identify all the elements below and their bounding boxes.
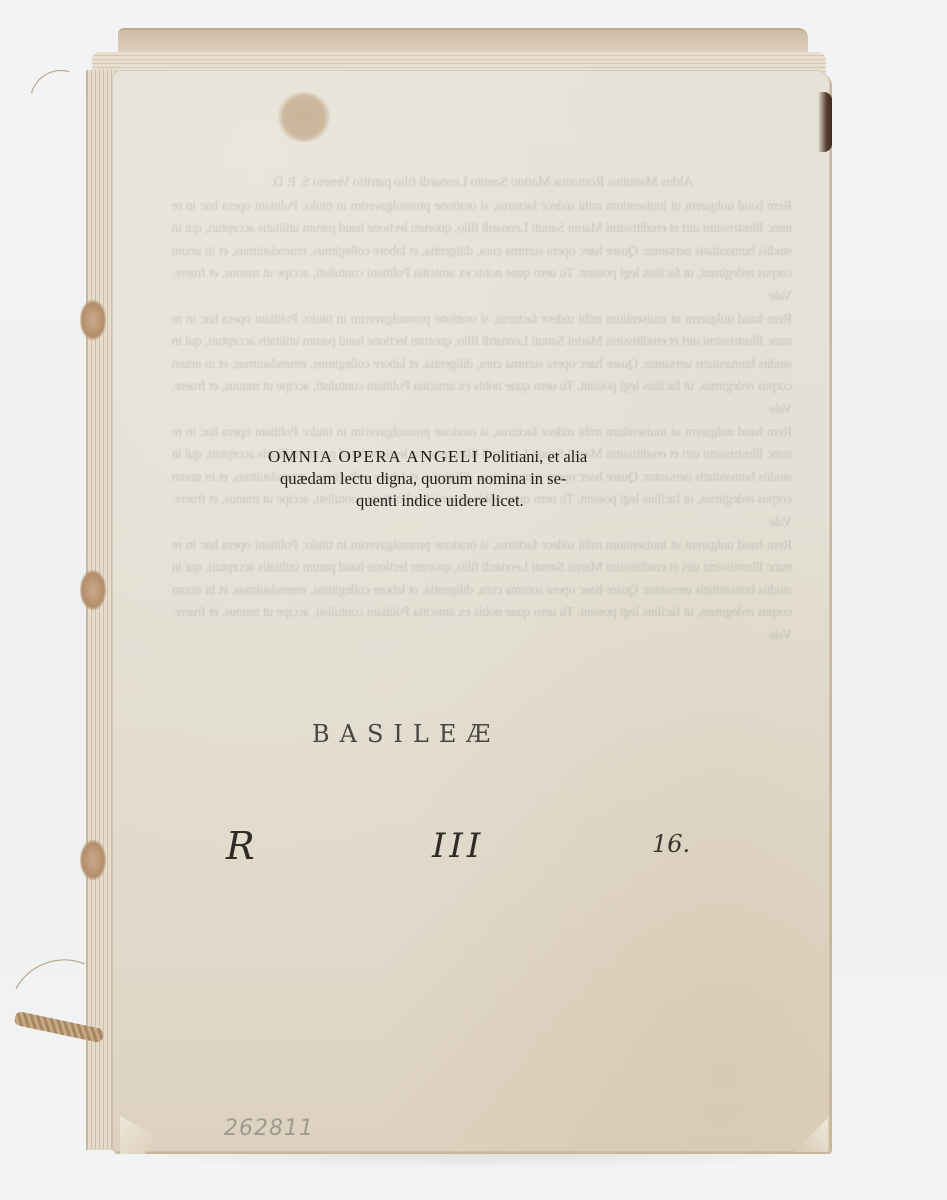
showthrough-heading: Aldus Manutius Romanus Marino Sanuto Leo… (172, 172, 792, 195)
handwritten-place: BASILEÆ (312, 720, 500, 748)
showthrough-body: Rem haud uulgarem ut inuisentium mihi ui… (172, 195, 792, 308)
title-line3: quenti indice uidere licet. (268, 490, 638, 512)
showthrough-text: Aldus Manutius Romanus Marino Sanuto Leo… (172, 172, 792, 646)
showthrough-body: Rem haud uulgarem ut inuisentium mihi ui… (172, 308, 792, 421)
handwritten-mark-center: III (432, 826, 484, 866)
binding-knot (80, 570, 106, 610)
shelf-number: 262811 (224, 1116, 314, 1141)
edge-damage (818, 92, 832, 152)
binding-knot (80, 300, 106, 340)
water-stain (276, 92, 332, 142)
showthrough-body: Rem haud uulgarem ut inuisentium mihi ui… (172, 534, 792, 647)
photo-scene: Aldus Manutius Romanus Marino Sanuto Leo… (0, 0, 947, 1200)
handwritten-mark-right: 16. (652, 830, 690, 858)
title-line2: quædam lectu digna, quorum nomina in se- (268, 468, 638, 490)
handwritten-mark-left: R (226, 824, 255, 868)
printed-title: OMNIA OPERA ANGELI Politiani, et alia qu… (268, 446, 638, 512)
title-caps: OMNIA OPERA ANGELI (268, 447, 479, 466)
binding-knot (80, 840, 106, 880)
title-line1-rest: Politiani, et alia (479, 447, 587, 466)
